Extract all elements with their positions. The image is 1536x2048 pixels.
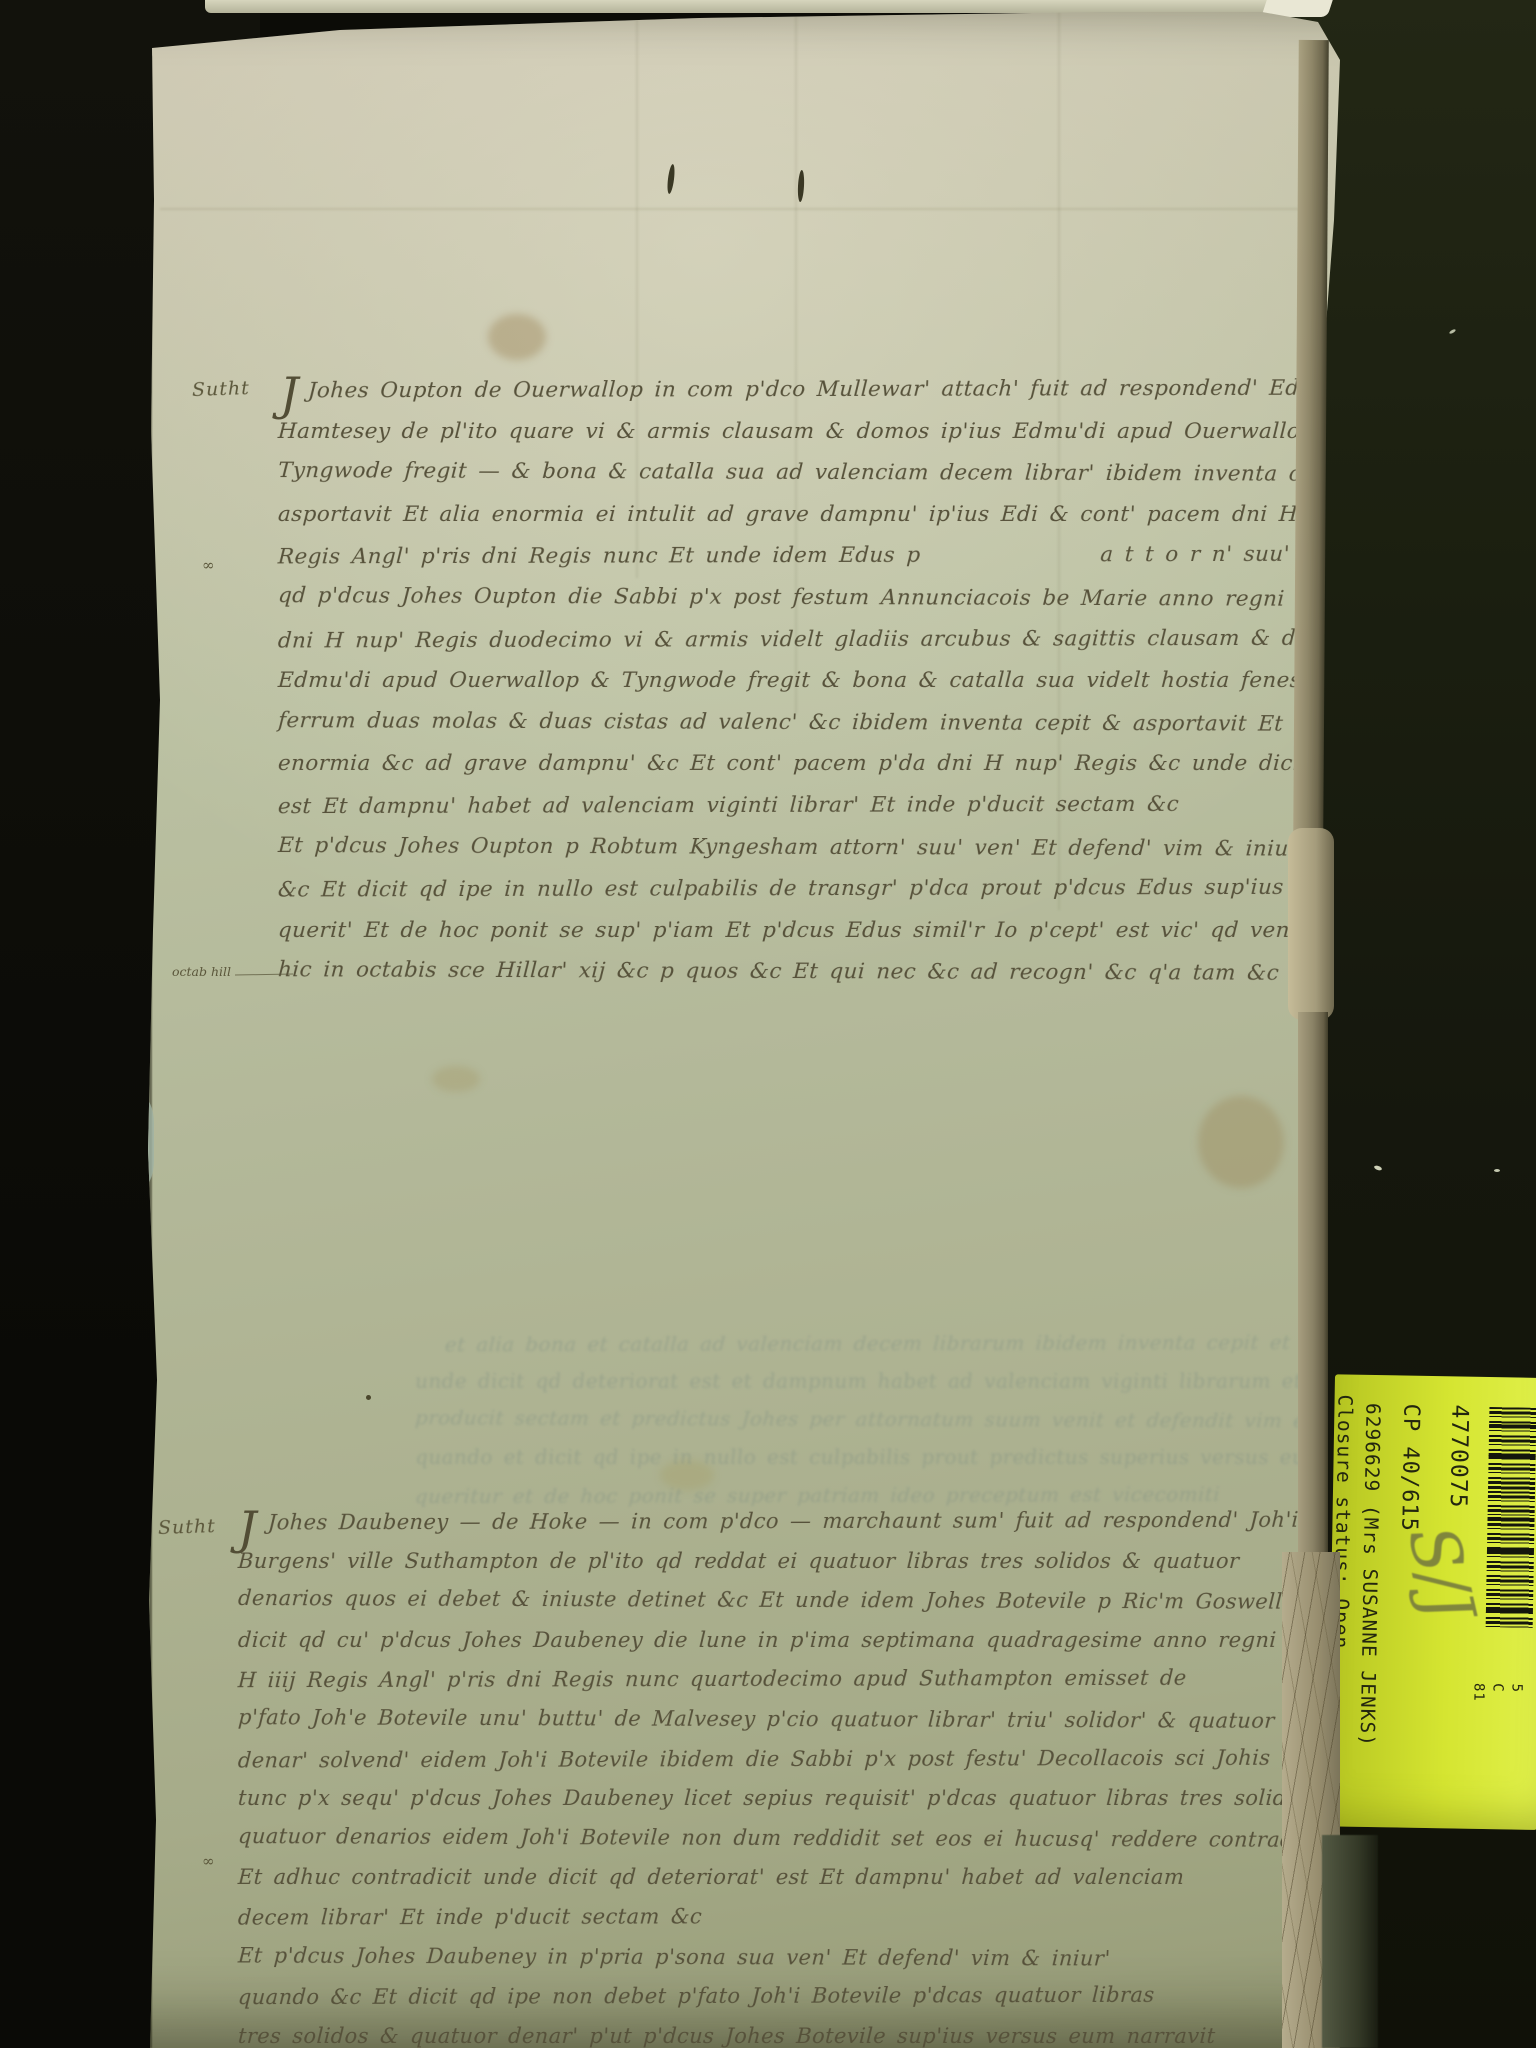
roll-edge xyxy=(1298,1012,1328,1568)
shelf-code: C xyxy=(1487,1683,1506,1702)
ghost-text-line: quando et dicit qd ipe in nullo est culp… xyxy=(414,1445,1325,1469)
manuscript-line: tres solidos & quatuor denar' p'ut p'dcu… xyxy=(237,2024,1216,2048)
dust-speck xyxy=(1494,1169,1500,1172)
roll-edge-curl xyxy=(1288,828,1334,1020)
manuscript-line: dicit qd cu' p'dcus Johes Daubeney die l… xyxy=(237,1628,1323,1652)
manuscript-line: H iiij Regis Angl' p'ris dni Regis nunc … xyxy=(237,1666,1187,1692)
manuscript-line: Et p'dcus Johes Oupton p Robtum Kyngesha… xyxy=(277,833,1401,862)
manuscript-line: quando &c Et dicit qd ipe non debet p'fa… xyxy=(237,1983,1155,2009)
manuscript-line: asportavit Et alia enormia ei intulit ad… xyxy=(277,502,1359,527)
stain xyxy=(1198,1096,1284,1188)
manuscript-line: p'fato Joh'e Botevile unu' buttu' de Mal… xyxy=(237,1705,1275,1733)
membrane-top-edge xyxy=(205,0,1317,13)
ghost-text-line: queritur et de hoc ponit se super patria… xyxy=(414,1482,1220,1508)
ghost-text-line: et alia bona et catalla ad valenciam dec… xyxy=(414,1330,1408,1357)
process-margin-mark-1: ∞ xyxy=(202,556,215,574)
plea-roll-photograph: Sutht ∞ octab hill J Johes Oupton de Oue… xyxy=(0,0,1536,2048)
vertical-crease xyxy=(636,18,638,578)
barcode xyxy=(1486,1407,1536,1628)
sticker-document-reference: CP 40/615 xyxy=(1396,1403,1423,1532)
sticker-handwritten-initials: S/J xyxy=(1393,1519,1489,1628)
ghost-text-line: unde dicit qd deteriorat est et dampnum … xyxy=(414,1369,1359,1393)
manuscript-line: qd p'dcus Johes Oupton die Sabbi p'x pos… xyxy=(277,583,1332,612)
manuscript-line: denarios quos ei debet & iniuste detinet… xyxy=(237,1586,1368,1614)
manuscript-line: Tyngwode fregit — & bona & catalla sua a… xyxy=(277,458,1376,487)
manuscript-line: denar' solvend' eidem Joh'i Botevile ibi… xyxy=(237,1745,1358,1772)
shelf-code-column: 5 C 81 xyxy=(1468,1683,1525,1703)
manuscript-line: hic in octabis sce Hillar' xij &c p quos… xyxy=(277,958,1279,986)
stain xyxy=(488,314,546,360)
manuscript-line: Burgens' ville Suthampton de pl'ito qd r… xyxy=(237,1549,1240,1573)
manuscript-line: querit' Et de hoc ponit se sup' p'iam Et… xyxy=(277,918,1348,943)
roll-edge-shadow-band xyxy=(1322,1835,1378,2048)
process-margin-mark-2: ∞ xyxy=(202,1852,215,1870)
manuscript-line: decem librar' Et inde p'ducit sectam &c xyxy=(237,1904,702,1929)
manuscript-line: quatuor denarios eidem Joh'i Botevile no… xyxy=(237,1824,1330,1852)
sticker-reader-name: 6296629 (Mrs SUSANNE JENKS) xyxy=(1356,1403,1385,1747)
manuscript-line: &c Et dicit qd ipe in nullo est culpabil… xyxy=(277,875,1428,903)
shelf-code: 5 xyxy=(1506,1683,1525,1702)
county-margin-note-2: Sutht xyxy=(158,1515,216,1539)
manuscript-line: dni H nup' Regis duodecimo vi & armis vi… xyxy=(277,625,1427,653)
shelf-code: 81 xyxy=(1468,1683,1487,1702)
sticker-order-number: 4770075 xyxy=(1445,1404,1473,1508)
manuscript-line: Edmu'di apud Ouerwallop & Tyngwode fregi… xyxy=(277,668,1440,693)
horizontal-crease xyxy=(160,208,1325,210)
manuscript-line: Regis Angl' p'ris dni Regis nunc Et unde… xyxy=(277,542,1376,570)
manuscript-line: Johes Daubeney — de Hoke — in com p'dco … xyxy=(237,1507,1400,1534)
archive-sticker: 5 C 81 4770075 CP 40/615 6296629 (Mrs SU… xyxy=(1327,1374,1536,1830)
ink-fleck xyxy=(366,1395,371,1400)
county-margin-note-1: Sutht xyxy=(192,377,250,401)
manuscript-line: Et adhuc contradicit unde dicit qd deter… xyxy=(237,1865,1185,1889)
manuscript-line: Et p'dcus Johes Daubeney in p'pria p'son… xyxy=(237,1943,1111,1970)
roll-edge xyxy=(1293,40,1329,840)
stitching-slit xyxy=(666,164,676,195)
stitching-slit xyxy=(797,170,805,202)
manuscript-line: tunc p'x sequ' p'dcus Johes Daubeney lic… xyxy=(237,1786,1341,1810)
ghost-text-line: producit sectam et predictus Johes per a… xyxy=(414,1405,1413,1432)
manuscript-line: Johes Oupton de Ouerwallop in com p'dco … xyxy=(277,376,1369,404)
manuscript-line: est Et dampnu' habet ad valenciam vigint… xyxy=(277,792,1179,819)
stain xyxy=(432,1066,480,1092)
manuscript-line: ferrum duas molas & duas cistas ad valen… xyxy=(277,708,1336,737)
manuscript-line: Hamtesey de pl'ito quare vi & armis clau… xyxy=(277,419,1345,444)
return-day-margin-note: octab hill xyxy=(172,964,231,979)
